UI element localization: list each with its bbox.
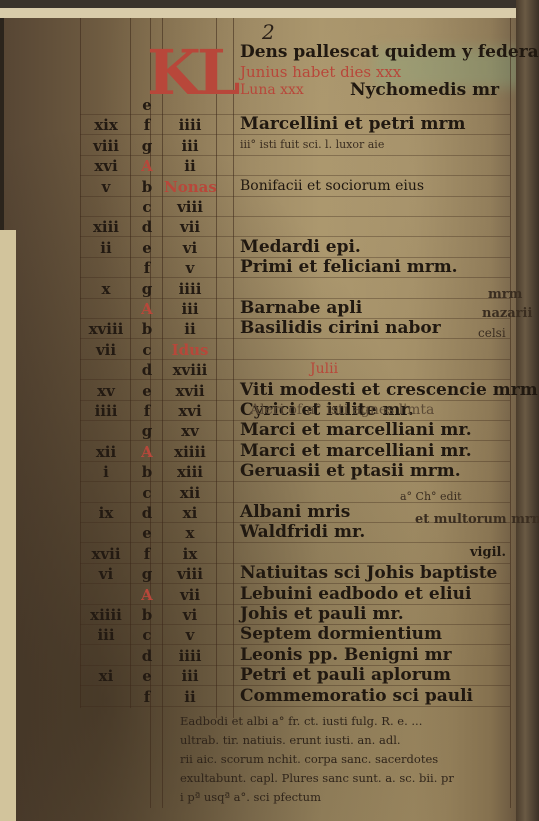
roman-day: x: [164, 524, 216, 542]
golden-number: xiiii: [82, 606, 130, 624]
roman-day: ix: [164, 545, 216, 563]
ruling-line: [162, 18, 163, 808]
roman-day: iii: [164, 667, 216, 685]
verse-line: Dens pallescat quidem y federa m: [240, 42, 539, 62]
dominical-letter: e: [136, 667, 158, 685]
feast-entry: Commemoratio sci pauli: [240, 686, 473, 706]
roman-day: v: [164, 259, 216, 277]
golden-number: v: [82, 178, 130, 196]
kl-initial: KL: [147, 38, 235, 108]
roman-day: iii: [164, 137, 216, 155]
ruling-line: [80, 542, 510, 543]
dominical-letter: c: [136, 341, 158, 359]
ruling-line: [510, 18, 511, 808]
feast-entry: Primi et feliciani mrm.: [240, 257, 458, 277]
dominical-letter: g: [136, 565, 158, 583]
feast-entry: Barnabe apli: [240, 298, 362, 318]
golden-number: xi: [82, 667, 130, 685]
golden-number: iii: [82, 626, 130, 644]
feast-entry: Marci et marcelliani mr.: [240, 420, 472, 440]
ruling-line: [233, 18, 234, 718]
feast-entry: Albani mris: [240, 502, 350, 522]
golden-number: i: [82, 463, 130, 481]
roman-day: viii: [164, 198, 216, 216]
roman-day: xvi: [164, 402, 216, 420]
roman-day: iiii: [164, 280, 216, 298]
roman-day: xvii: [164, 382, 216, 400]
feast-entry: Johis et pauli mr.: [240, 604, 404, 624]
roman-day: vi: [164, 606, 216, 624]
dominical-letter: f: [136, 402, 158, 420]
roman-day: xv: [164, 422, 216, 440]
roman-day: xviii: [164, 361, 216, 379]
dominical-letter: f: [136, 116, 158, 134]
month-heading: Junius habet dies xxx: [240, 62, 401, 82]
dominical-letter: b: [136, 178, 158, 196]
feast-entry: Leonis pp. Benigni mr: [240, 645, 452, 665]
golden-number: xiii: [82, 218, 130, 236]
dominical-letter: c: [136, 198, 158, 216]
footer-note-line: exultabunt. capl. Plures sanc sunt. a. s…: [180, 769, 454, 788]
dominical-letter: e: [136, 524, 158, 542]
roman-day: v: [164, 626, 216, 644]
roman-day: vii: [164, 218, 216, 236]
roman-day: ii: [164, 157, 216, 175]
golden-number: xviii: [82, 320, 130, 338]
footer-note-line: ultrab. tir. natiuis. erunt iusti. an. a…: [180, 731, 401, 750]
feast-entry: Waldfridi mr.: [240, 522, 365, 542]
ruling-line: [80, 481, 510, 482]
feast-entry: Septem dormientium: [240, 624, 442, 644]
margin-right: mrm: [488, 287, 522, 302]
footer-note-line: i pª usqª a°. sci pfectum: [180, 788, 321, 807]
dominical-letter: b: [136, 606, 158, 624]
ruling-line: [80, 216, 510, 217]
ruling-line: [80, 338, 510, 339]
golden-number: ii: [82, 239, 130, 257]
roman-day: iiii: [164, 647, 216, 665]
feast-entry: Natiuitas sci Johis baptiste: [240, 563, 497, 583]
roman-day: viii: [164, 565, 216, 583]
dominical-letter: g: [136, 137, 158, 155]
golden-number: xvii: [82, 545, 130, 563]
ruling-line: [80, 359, 510, 360]
golden-number: vi: [82, 565, 130, 583]
ruling-line: [216, 18, 217, 718]
marginal-note: a° Ch° edit: [400, 490, 462, 503]
page-top-edge: [0, 8, 539, 18]
golden-number: xv: [82, 382, 130, 400]
luna-heading: Luna xxx: [240, 80, 304, 100]
margin-right: celsi: [478, 326, 506, 340]
dominical-letter: c: [136, 484, 158, 502]
feast-entry: vigil.: [470, 543, 506, 563]
dominical-letter: f: [136, 259, 158, 277]
feast-entry: Petri et pauli aplorum: [240, 665, 451, 685]
dominical-letter: f: [136, 688, 158, 706]
roman-day: xii: [164, 484, 216, 502]
ruling-line: [80, 196, 510, 197]
golden-number: vii: [82, 341, 130, 359]
golden-number: x: [82, 280, 130, 298]
folio-number: 2: [262, 20, 275, 44]
background-top: [0, 0, 539, 8]
roman-day: xiiii: [164, 443, 216, 461]
dominical-letter: e: [136, 239, 158, 257]
dominical-letter: A: [136, 300, 158, 318]
dominical-letter: d: [136, 504, 158, 522]
golden-number: xii: [82, 443, 130, 461]
margin-right: nazarii: [482, 306, 532, 321]
dominical-letter: A: [136, 586, 158, 604]
feast-entry: Viti modesti et crescencie mrm: [240, 380, 538, 400]
dominical-letter: e: [136, 382, 158, 400]
feast-entry: Lebuini eadbodo et eliui: [240, 584, 471, 604]
roman-day: iiii: [164, 116, 216, 134]
dominical-letter: b: [136, 320, 158, 338]
feast-entry: Geruasii et ptasii mrm.: [240, 461, 461, 481]
ruling-line: [80, 706, 510, 707]
feast-entry: Bonifacii et sociorum eius: [240, 176, 424, 196]
feast-entry: Basilidis cirini nabor: [240, 318, 441, 338]
feast-entry: Marci et marcelliani mr.: [240, 441, 472, 461]
dominical-letter: A: [136, 443, 158, 461]
dominical-letter: d: [136, 218, 158, 236]
feast-entry: Julii: [310, 359, 338, 379]
dominical-letter: e: [136, 96, 158, 114]
roman-day: xi: [164, 504, 216, 522]
marginal-note: Aleri of a° isti agnes l'mta: [250, 400, 434, 420]
golden-number: xix: [82, 116, 130, 134]
footer-note-line: Eadbodi et albi a° fr. ct. iusti fulg. R…: [180, 712, 422, 731]
binding-spine: [516, 0, 539, 821]
ruling-line: [80, 277, 510, 278]
golden-number: viii: [82, 137, 130, 155]
dominical-letter: g: [136, 422, 158, 440]
roman-day: Nonas: [164, 178, 216, 196]
footer-note-line: rii aic. scorum nchit. corpa sanc. sacer…: [180, 750, 438, 769]
feast-entry: Marcellini et petri mrm: [240, 114, 465, 134]
feast-entry: Medardi epi.: [240, 237, 361, 257]
dominical-letter: b: [136, 463, 158, 481]
roman-day: ii: [164, 320, 216, 338]
roman-day: vii: [164, 586, 216, 604]
dominical-letter: f: [136, 545, 158, 563]
feast-entry: iii° isti fuit sci. l. luxor aie: [240, 135, 384, 155]
entry-nychomedis: Nychomedis mr: [350, 80, 499, 100]
dominical-letter: d: [136, 647, 158, 665]
dominical-letter: g: [136, 280, 158, 298]
dominical-letter: d: [136, 361, 158, 379]
roman-day: vi: [164, 239, 216, 257]
golden-number: iiii: [82, 402, 130, 420]
page-left-edge: [0, 230, 16, 821]
roman-day: Idus: [164, 341, 216, 359]
dominical-letter: c: [136, 626, 158, 644]
roman-day: ii: [164, 688, 216, 706]
dominical-letter: A: [136, 157, 158, 175]
golden-number: ix: [82, 504, 130, 522]
golden-number: xvi: [82, 157, 130, 175]
marginal-note: et multorum mrm: [415, 512, 539, 527]
roman-day: iii: [164, 300, 216, 318]
roman-day: xiii: [164, 463, 216, 481]
ruling-line: [80, 155, 510, 156]
